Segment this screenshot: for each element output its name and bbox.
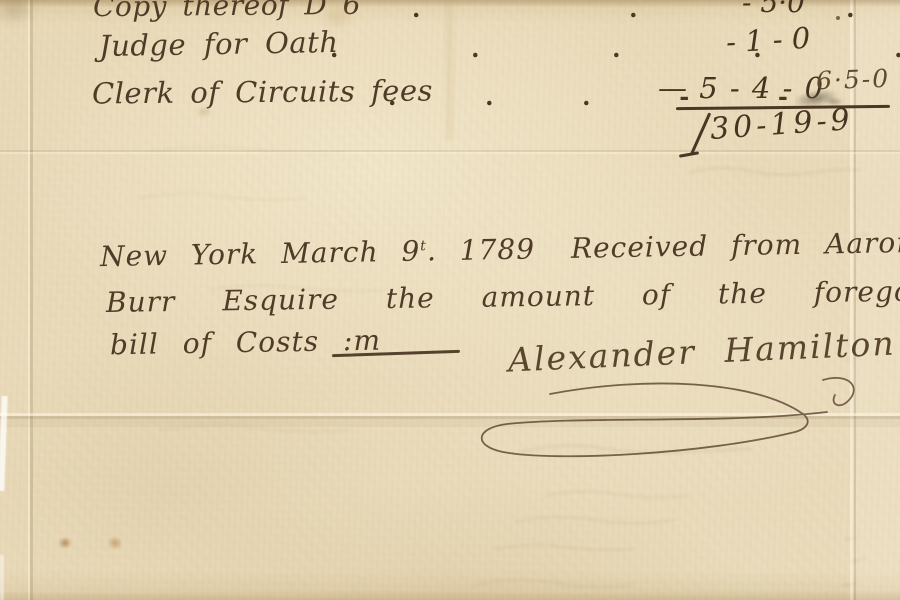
receipt-received-from: Received from Aaron xyxy=(571,226,900,265)
bill-line-amount: — 5 - 4 - 0 xyxy=(658,71,823,105)
leader-dots: . . . . . xyxy=(330,34,900,63)
stain-spot xyxy=(107,536,123,550)
signature-flourish xyxy=(455,372,875,467)
pound-sign-stroke xyxy=(690,112,711,155)
bill-line-label: Copy thereof D 6 xyxy=(93,0,361,23)
bill-line-amount: - 1 - 0 xyxy=(725,21,811,59)
bill-line-amount-added: 6·5-0 xyxy=(816,64,891,96)
bill-line-amount: - 5·0 xyxy=(742,0,805,19)
manuscript-page: Copy thereof D 6 . . . - 5·0 Judge for O… xyxy=(0,0,900,600)
paper-edge-white-sliver xyxy=(0,396,8,491)
fold-crease-vertical-left xyxy=(28,0,30,600)
receipt-line-2: Burr Esquire the amount of the foregoing xyxy=(106,274,900,319)
fold-crease-horizontal-lower-light xyxy=(0,413,900,416)
receipt-date-rest: . 1789 xyxy=(427,233,536,268)
receipt-line-1: New York March 9t. 1789Received from Aar… xyxy=(100,226,900,273)
stain-spot xyxy=(58,537,72,549)
fold-crease-horizontal-upper-light xyxy=(0,152,900,154)
corner-shadow xyxy=(0,0,36,26)
receipt-place-date: New York March 9 xyxy=(100,235,421,274)
bottom-edge-shadow xyxy=(0,591,900,600)
signature: Alexander Hamilton xyxy=(507,324,896,380)
paper-edge-white-bottom xyxy=(0,555,4,600)
fold-crease-horizontal-lower-soft xyxy=(0,419,900,427)
pound-sign-underline xyxy=(679,151,699,157)
fold-crease-horizontal-lower-shadow xyxy=(0,416,900,419)
bill-line-label: Judge for Oath xyxy=(99,25,339,63)
fold-crease-horizontal-upper xyxy=(0,150,900,152)
fold-crease-vertical-left-shadow xyxy=(30,0,33,600)
bill-line-label: Clerk of Circuits fees xyxy=(92,74,433,111)
